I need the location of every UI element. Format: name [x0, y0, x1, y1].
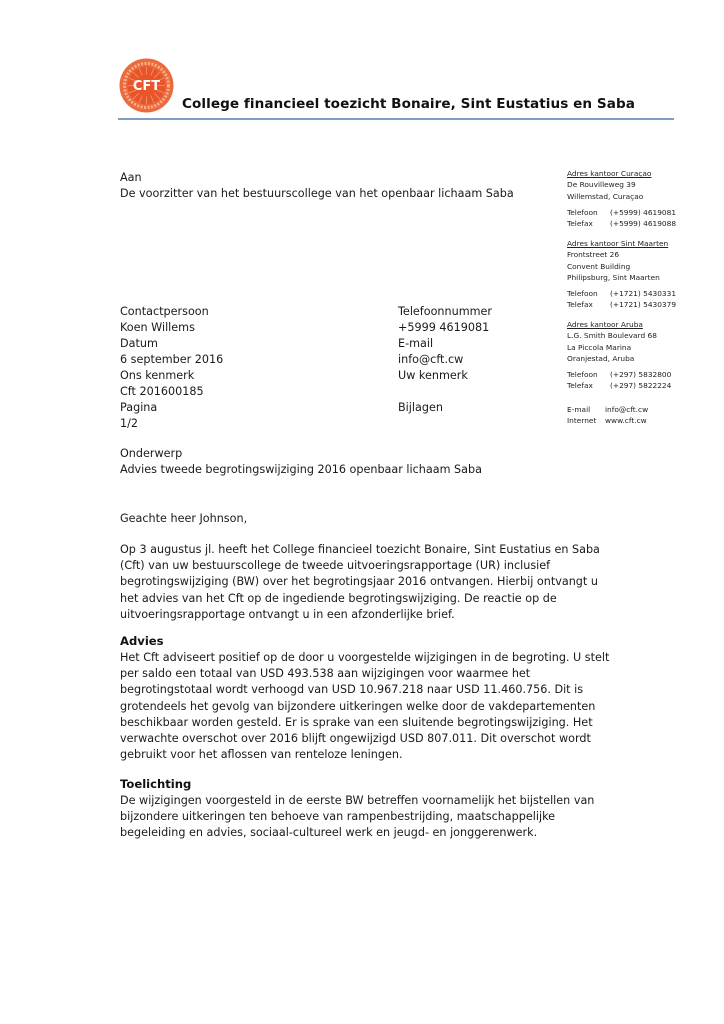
office-address-line: La Piccola Marina: [567, 342, 671, 353]
phone-label: Telefoonnummer: [398, 304, 492, 320]
office-aruba: Adres kantoor Aruba L.G. Smith Boulevard…: [567, 319, 671, 426]
intro-paragraph: Op 3 augustus jl. heeft het College fina…: [120, 542, 600, 623]
salutation: Geachte heer Johnson,: [120, 511, 247, 527]
our-reference-label: Ons kenmerk: [120, 368, 194, 384]
toelichting-heading: Toelichting: [120, 777, 191, 791]
advies-heading: Advies: [120, 634, 164, 648]
subject-value: Advies tweede begrotingswijziging 2016 o…: [120, 462, 482, 478]
paragraph-line: bijzondere uitkeringen ten behoeve van r…: [120, 809, 594, 825]
paragraph-line: begrotingstotaal wordt verhoogd van USD …: [120, 682, 609, 698]
attachments-label: Bijlagen: [398, 400, 443, 416]
paragraph-line: grotendeels het gevolg van bijzondere ui…: [120, 699, 609, 715]
phone-label: Telefoon: [567, 288, 610, 299]
fax-label: Telefax: [567, 299, 610, 310]
organization-title: College financieel toezicht Bonaire, Sin…: [182, 96, 635, 112]
office-address-line: Convent Building: [567, 261, 676, 272]
office-fax: (+5999) 4619088: [610, 218, 676, 229]
office-fax: (+1721) 5430379: [610, 299, 676, 310]
paragraph-line: beschikbaar worden gesteld. Er is sprake…: [120, 715, 609, 731]
phone-label: Telefoon: [567, 369, 610, 380]
date-label: Datum: [120, 336, 158, 352]
addressee-label: Aan: [120, 170, 142, 186]
office-curacao: Adres kantoor Curaçao De Rouvilleweg 39 …: [567, 168, 676, 229]
office-phone: (+5999) 4619081: [610, 207, 676, 218]
paragraph-line: per saldo een totaal van USD 493.538 aan…: [120, 666, 609, 682]
office-address-line: Willemstad, Curaçao: [567, 191, 676, 202]
our-reference-value: Cft 201600185: [120, 384, 204, 400]
contact-person-value: Koen Willems: [120, 320, 195, 336]
office-title: Adres kantoor Sint Maarten: [567, 238, 676, 249]
contact-website-link[interactable]: www.cft.cw: [605, 415, 647, 426]
office-address-line: De Rouvilleweg 39: [567, 179, 676, 190]
addressee-value: De voorzitter van het bestuurscollege va…: [120, 186, 514, 202]
email-label: E-mail: [398, 336, 433, 352]
office-address-line: Frontstreet 26: [567, 249, 676, 260]
toelichting-paragraph: De wijzigingen voorgesteld in de eerste …: [120, 793, 594, 842]
paragraph-line: Op 3 augustus jl. heeft het College fina…: [120, 542, 600, 558]
cft-seal-icon: CFT: [119, 58, 174, 113]
office-sint-maarten: Adres kantoor Sint Maarten Frontstreet 2…: [567, 238, 676, 311]
cft-logo: CFT: [119, 58, 174, 113]
svg-text:CFT: CFT: [133, 79, 160, 94]
office-phone: (+1721) 5430331: [610, 288, 676, 299]
email-value[interactable]: info@cft.cw: [398, 352, 463, 368]
paragraph-line: begeleiding en advies, sociaal-cultureel…: [120, 825, 594, 841]
paragraph-line: gebruikt voor het aflossen van renteloze…: [120, 747, 609, 763]
office-address-line: Philipsburg, Sint Maarten: [567, 272, 676, 283]
your-reference-label: Uw kenmerk: [398, 368, 468, 384]
paragraph-line: verwachte overschot over 2016 blijft ong…: [120, 731, 609, 747]
office-title: Adres kantoor Curaçao: [567, 168, 676, 179]
office-phone: (+297) 5832800: [610, 369, 671, 380]
header-divider: [118, 118, 674, 120]
paragraph-line: begrotingswijziging (BW) over het begrot…: [120, 574, 600, 590]
phone-label: Telefoon: [567, 207, 610, 218]
subject-label: Onderwerp: [120, 446, 182, 462]
paragraph-line: (Cft) van uw bestuurscollege de tweede u…: [120, 558, 600, 574]
page-value: 1/2: [120, 416, 138, 432]
contact-person-label: Contactpersoon: [120, 304, 209, 320]
page-label: Pagina: [120, 400, 157, 416]
phone-value: +5999 4619081: [398, 320, 489, 336]
office-address-line: L.G. Smith Boulevard 68: [567, 330, 671, 341]
paragraph-line: De wijzigingen voorgesteld in de eerste …: [120, 793, 594, 809]
fax-label: Telefax: [567, 380, 610, 391]
date-value: 6 september 2016: [120, 352, 223, 368]
office-fax: (+297) 5822224: [610, 380, 671, 391]
paragraph-line: het advies van het Cft op de ingediende …: [120, 591, 600, 607]
office-address-line: Oranjestad, Aruba: [567, 353, 671, 364]
contact-email-label: E-mail: [567, 404, 605, 415]
paragraph-line: uitvoeringsrapportage ontvangt u in een …: [120, 607, 600, 623]
paragraph-line: Het Cft adviseert positief op de door u …: [120, 650, 609, 666]
fax-label: Telefax: [567, 218, 610, 229]
contact-internet-label: Internet: [567, 415, 605, 426]
advies-paragraph: Het Cft adviseert positief op de door u …: [120, 650, 609, 763]
contact-email-link[interactable]: info@cft.cw: [605, 404, 648, 415]
office-title: Adres kantoor Aruba: [567, 319, 671, 330]
